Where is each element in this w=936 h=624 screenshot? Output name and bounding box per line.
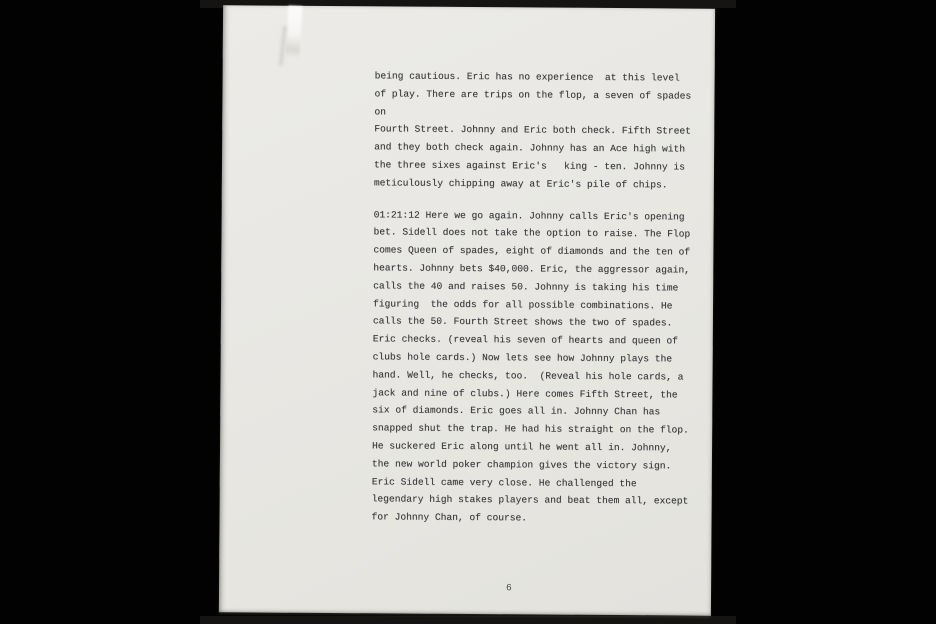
text-line: clubs hole cards.) Now lets see how John… (373, 348, 703, 368)
text-line: and they both check again. Johnny has an… (374, 139, 704, 159)
text-line: hearts. Johnny bets $40,000. Eric, the a… (373, 259, 703, 279)
text-line: legendary high stakes players and beat t… (372, 491, 702, 511)
document-text: being cautious. Eric has no experience a… (371, 67, 704, 528)
text-line: jack and nine of clubs.) Here comes Fift… (372, 384, 702, 404)
text-line: Eric checks. (reveal his seven of hearts… (373, 330, 703, 350)
scanned-page: being cautious. Eric has no experience a… (219, 5, 715, 615)
text-line: Fourth Street. Johnny and Eric both chec… (374, 121, 704, 141)
text-line: calls the 40 and raises 50. Johnny is ta… (373, 277, 703, 297)
text-line: six of diamonds. Eric goes all in. Johnn… (372, 402, 702, 422)
timecode-line: 01:21:12 Here we go again. Johnny calls … (374, 206, 704, 226)
text-line: He suckered Eric along until he went all… (372, 437, 702, 457)
text-line: on (374, 103, 704, 123)
paper-crease (285, 5, 302, 58)
text-line: hand. Well, he checks, too. (Reveal his … (372, 366, 702, 386)
text-line: figuring the odds for all possible combi… (373, 295, 703, 315)
paragraph-1: being cautious. Eric has no experience a… (374, 67, 705, 194)
text-line: of play. There are trips on the flop, a … (374, 85, 704, 105)
text-line: for Johnny Chan, of course. (371, 508, 701, 528)
text-line: meticulously chipping away at Eric's pil… (374, 174, 704, 194)
text-line: the new world poker champion gives the v… (372, 455, 702, 475)
text-line: calls the 50. Fourth Street shows the tw… (373, 313, 703, 333)
paragraph-2: 01:21:12 Here we go again. Johnny calls … (371, 206, 703, 529)
film-edge-bottom (200, 616, 736, 624)
text-line: bet. Sidell does not take the option to … (373, 224, 703, 244)
text-line: comes Queen of spades, eight of diamonds… (373, 242, 703, 262)
text-line: snapped shut the trap. He had his straig… (372, 419, 702, 439)
text-line: the three sixes against Eric's king - te… (374, 156, 704, 176)
text-line: Eric Sidell came very close. He challeng… (372, 473, 702, 493)
text-line: being cautious. Eric has no experience a… (375, 67, 705, 87)
photo-background: being cautious. Eric has no experience a… (0, 0, 936, 624)
page-number: 6 (506, 579, 512, 597)
